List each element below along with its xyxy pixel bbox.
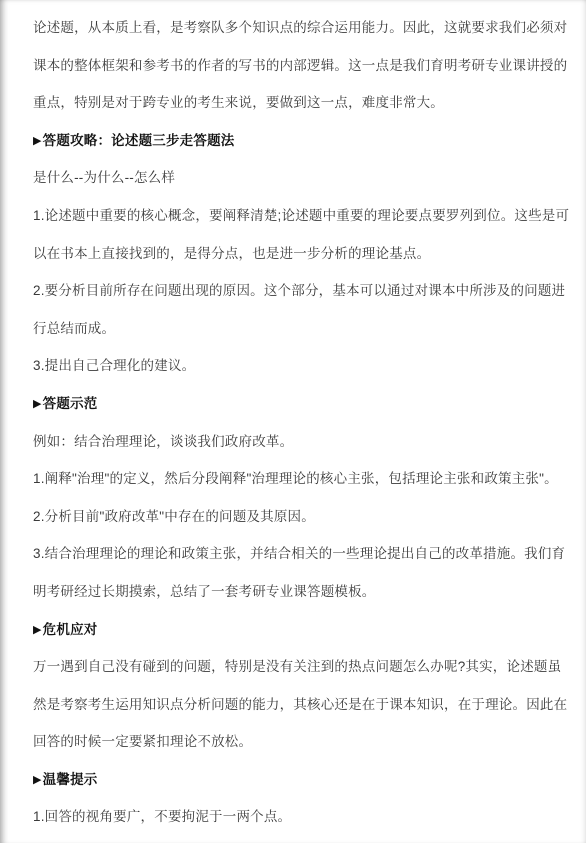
triangle-bullet-icon: ▶ [33,123,42,161]
section-heading-crisis-response: ▶危机应对 [33,611,586,649]
paragraph-line: 行总结而成。 [33,310,586,348]
paragraph-line: 2.分析目前"政府改革"中存在的问题及其原因。 [33,498,586,536]
section-heading-text: 危机应对 [43,622,98,637]
triangle-bullet-icon: ▶ [33,612,42,650]
section-heading-text: 答题示范 [43,396,98,411]
paragraph-line: 然是考察考生运用知识点分析问题的能力，其核心还是在于课本知识，在于理论。因此在 [33,686,586,724]
section-heading-text: 答题攻略：论述题三步走答题法 [43,133,235,148]
paragraph-line: 论述题，从本质上看，是考察队多个知识点的综合运用能力。因此，这就要求我们必须对 [33,9,586,47]
document-page: 论述题，从本质上看，是考察队多个知识点的综合运用能力。因此，这就要求我们必须对 … [0,0,586,843]
paragraph-line: 万一遇到自己没有碰到的问题，特别是没有关注到的热点问题怎么办呢?其实，论述题虽 [33,648,586,686]
paragraph-line: 3.提出自己合理化的建议。 [33,347,586,385]
paragraph-line: 3.结合治理理论的理论和政策主张，并结合相关的一些理论提出自己的改革措施。我们育 [33,535,586,573]
paragraph-line: 课本的整体框架和参考书的作者的写书的内部逻辑。这一点是我们育明考研专业课讲授的 [33,47,586,85]
triangle-bullet-icon: ▶ [33,762,42,800]
paragraph-line: 1.阐释"治理"的定义，然后分段阐释"治理理论的核心主张，包括理论主张和政策主张… [33,460,586,498]
paragraph-line: 1.论述题中重要的核心概念，要阐释清楚;论述题中重要的理论要点要罗列到位。这些是… [33,197,586,235]
section-heading-answer-demo: ▶答题示范 [33,385,586,423]
paragraph-line: 2.要分析目前所存在问题出现的原因。这个部分，基本可以通过对课本中所涉及的问题进 [33,272,586,310]
section-heading-warm-tips: ▶温馨提示 [33,761,586,799]
paragraph-line: 是什么--为什么--怎么样 [33,159,586,197]
paragraph-line: 以在书本上直接找到的，是得分点，也是进一步分析的理论基点。 [33,235,586,273]
section-heading-text: 温馨提示 [43,772,98,787]
paragraph-line: 明考研经过长期摸索，总结了一套考研专业课答题模板。 [33,573,586,611]
triangle-bullet-icon: ▶ [33,386,42,424]
paragraph-line: 重点，特别是对于跨专业的考生来说，要做到这一点，难度非常大。 [33,84,586,122]
paragraph-line: 1.回答的视角要广，不要拘泥于一两个点。 [33,798,586,836]
paragraph-line: 例如：结合治理理论，谈谈我们政府改革。 [33,423,586,461]
section-heading-answer-strategy: ▶答题攻略：论述题三步走答题法 [33,122,586,160]
paragraph-line: 回答的时候一定要紧扣理论不放松。 [33,723,586,761]
